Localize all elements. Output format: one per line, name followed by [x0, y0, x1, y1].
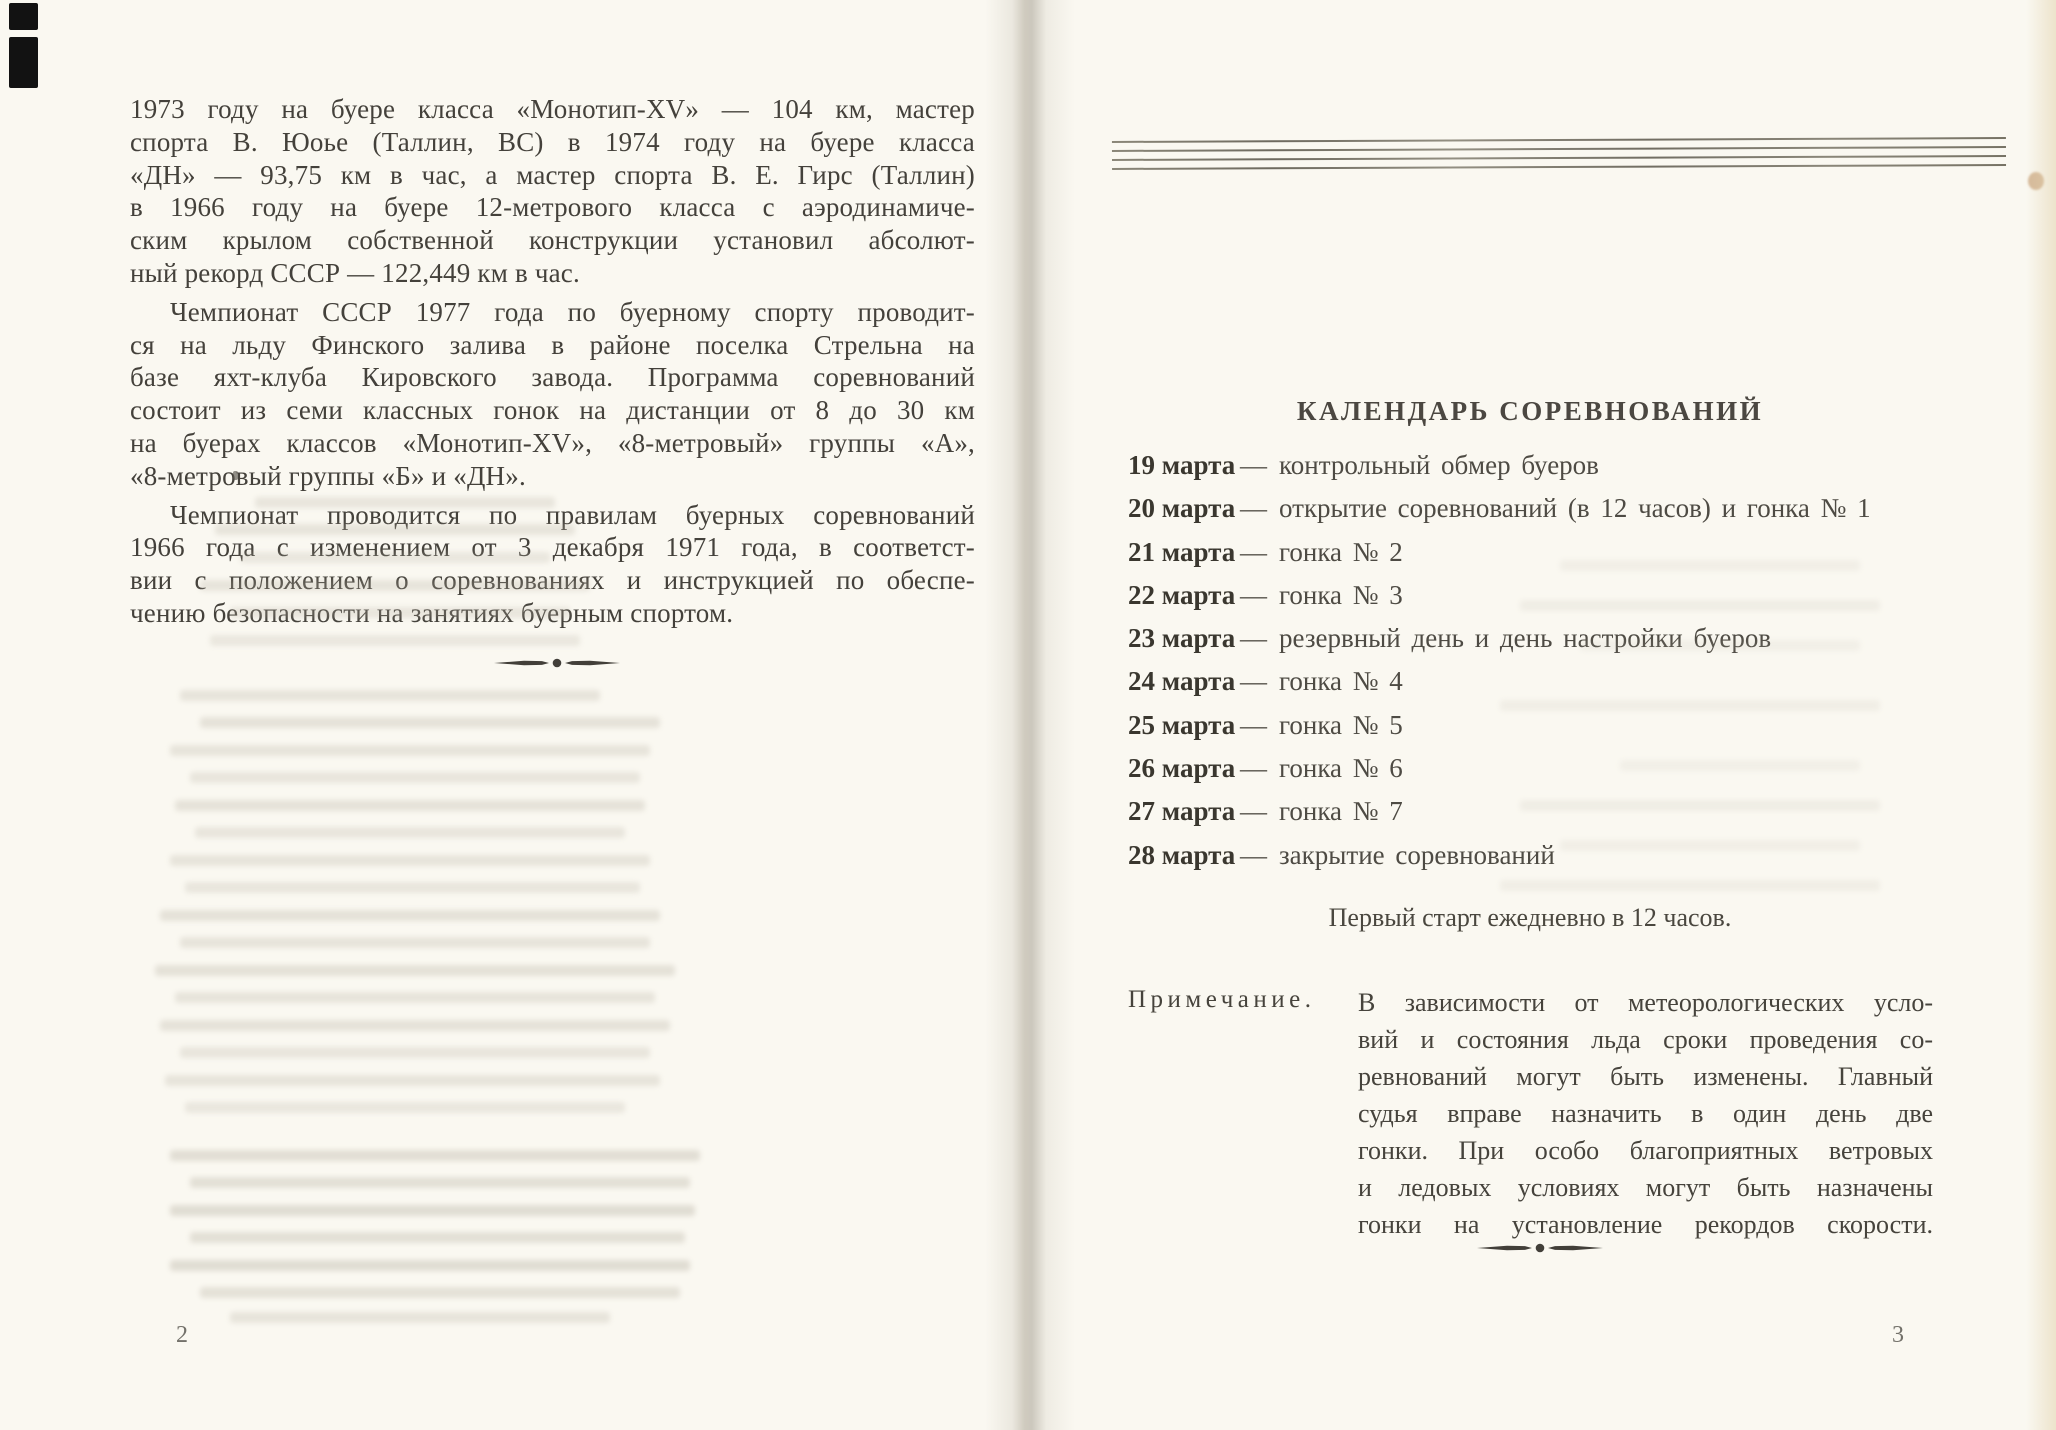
calendar-date: 19 марта [1128, 452, 1236, 479]
note-line: гонки на установление рекордов скорости. [1358, 1206, 1933, 1243]
text-line: спорта В. Юоье (Таллин, ВС) в 1974 году … [130, 126, 975, 159]
note-line: вий и состояния льда сроки проведения со… [1358, 1021, 1933, 1058]
calendar-date: 28 марта [1128, 842, 1236, 869]
text-line: чению безопасности на занятиях буерным с… [130, 597, 975, 630]
paragraph: Чемпионат проводится по правилам буерных… [130, 499, 975, 630]
calendar-dash: — [1240, 842, 1267, 869]
calendar-dash: — [1240, 452, 1267, 479]
ink-speck [233, 471, 238, 480]
text-line: Чемпионат СССР 1977 года по буерному спо… [130, 296, 975, 329]
divider-ornament [494, 655, 620, 676]
text-line: ским крылом собственной конструкции уста… [130, 224, 975, 257]
text-line: состоит из семи классных гонок на дистан… [130, 394, 975, 427]
calendar-dash: — [1240, 495, 1267, 522]
text-line: Чемпионат проводится по правилам буерных… [130, 499, 975, 532]
divider-ornament [1477, 1240, 1603, 1261]
text-line: 1973 году на буере класса «Монотип-XV» —… [130, 93, 975, 126]
page-number-left: 2 [176, 1322, 188, 1349]
calendar-dash: — [1240, 668, 1267, 695]
paper-blemish [2028, 172, 2044, 190]
calendar-event: открытие соревнований (в 12 часов) и гон… [1279, 495, 1871, 522]
calendar-date: 25 марта [1128, 712, 1236, 739]
calendar-row: 25 марта — гонка № 5 [1128, 712, 1871, 739]
calendar-row: 22 марта — гонка № 3 [1128, 582, 1871, 609]
book-spread: 1973 году на буере класса «Монотип-XV» —… [0, 0, 2056, 1430]
left-page-text: 1973 году на буере класса «Монотип-XV» —… [130, 93, 975, 636]
calendar-dash: — [1240, 625, 1267, 652]
calendar-dash: — [1240, 798, 1267, 825]
calendar-event: гонка № 7 [1279, 798, 1403, 825]
calendar-date: 20 марта [1128, 495, 1236, 522]
text-line: вии с положением о соревнованиях и инстр… [130, 564, 975, 597]
calendar-dash: — [1240, 755, 1267, 782]
text-line: базе яхт-клуба Кировского завода. Програ… [130, 361, 975, 394]
calendar-dash: — [1240, 539, 1267, 566]
calendar-date: 23 марта [1128, 625, 1236, 652]
gutter-shadow [985, 0, 1075, 1430]
scan-edge [2026, 0, 2056, 1430]
calendar-event: резервный день и день настройки буеров [1279, 625, 1771, 652]
text-line: «ДН» — 93,75 км в час, а мастер спорта В… [130, 159, 975, 192]
calendar-row: 23 марта — резервный день и день настрой… [1128, 625, 1871, 652]
calendar-row: 27 марта — гонка № 7 [1128, 798, 1871, 825]
header-rule [1112, 137, 2006, 177]
calendar-event: гонка № 2 [1279, 539, 1403, 566]
calendar-row: 19 марта — контрольный обмер буеров [1128, 452, 1871, 479]
calendar-list: 19 марта — контрольный обмер буеров 20 м… [1128, 452, 1871, 868]
daily-start-note: Первый старт ежедневно в 12 часов. [1125, 903, 1935, 933]
text-line: 1966 года с изменением от 3 декабря 1971… [130, 531, 975, 564]
calendar-date: 21 марта [1128, 539, 1236, 566]
page-number-right: 3 [1892, 1322, 1904, 1349]
scan-artifact [9, 37, 38, 88]
paragraph: 1973 году на буере класса «Монотип-XV» —… [130, 93, 975, 290]
calendar-event: гонка № 6 [1279, 755, 1403, 782]
calendar-event: гонка № 3 [1279, 582, 1403, 609]
calendar-event: закрытие соревнований [1279, 842, 1555, 869]
text-line: на буерах классов «Монотип-XV», «8-метро… [130, 427, 975, 460]
note-line: судья вправе назначить в один день две [1358, 1095, 1933, 1132]
calendar-row: 26 марта — гонка № 6 [1128, 755, 1871, 782]
note-label: Примечание. [1128, 986, 1316, 1014]
text-line: ся на льду Финского залива в районе посе… [130, 329, 975, 362]
calendar-date: 27 марта [1128, 798, 1236, 825]
calendar-date: 22 марта [1128, 582, 1236, 609]
calendar-event: контрольный обмер буеров [1279, 452, 1599, 479]
note-line: В зависимости от метеорологических усло- [1358, 984, 1933, 1021]
note-body: В зависимости от метеорологических усло-… [1358, 984, 1933, 1243]
calendar-date: 26 марта [1128, 755, 1236, 782]
calendar-title: КАЛЕНДАРЬ СОРЕВНОВАНИЙ [1125, 396, 1935, 427]
calendar-date: 24 марта [1128, 668, 1236, 695]
calendar-event: гонка № 4 [1279, 668, 1403, 695]
paragraph: Чемпионат СССР 1977 года по буерному спо… [130, 296, 975, 493]
calendar-row: 21 марта — гонка № 2 [1128, 539, 1871, 566]
calendar-dash: — [1240, 712, 1267, 739]
note-line: гонки. При особо благоприятных ветровых [1358, 1132, 1933, 1169]
note-line: ревнований могут быть изменены. Главный [1358, 1058, 1933, 1095]
calendar-row: 20 марта — открытие соревнований (в 12 ч… [1128, 495, 1871, 522]
text-line: ный рекорд СССР — 122,449 км в час. [130, 257, 975, 290]
scan-artifact [9, 3, 38, 30]
text-line: в 1966 году на буере 12-метрового класса… [130, 191, 975, 224]
text-line: «8-метровый группы «Б» и «ДН». [130, 460, 975, 493]
calendar-dash: — [1240, 582, 1267, 609]
calendar-row: 28 марта — закрытие соревнований [1128, 842, 1871, 869]
calendar-row: 24 марта — гонка № 4 [1128, 668, 1871, 695]
calendar-event: гонка № 5 [1279, 712, 1403, 739]
note-line: и ледовых условиях могут быть назначены [1358, 1169, 1933, 1206]
